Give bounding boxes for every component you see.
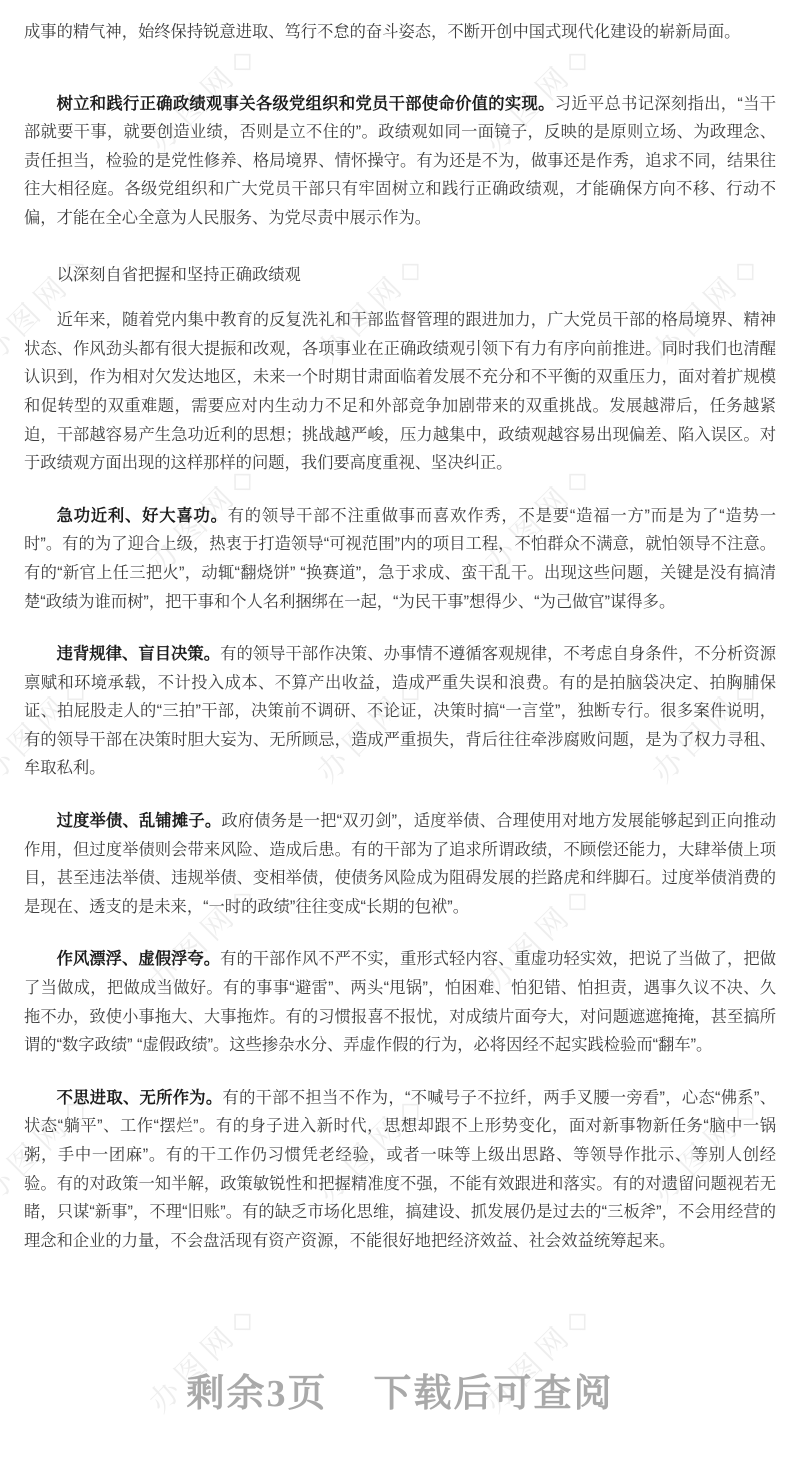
paragraph: 成事的精气神，始终保持锐意进取、笃行不怠的奋斗姿态，不断开创中国式现代化建设的崭… bbox=[24, 18, 776, 47]
paragraph-lead: 过度举债、乱铺摊子。 bbox=[57, 812, 222, 830]
document-content: 成事的精气神，始终保持锐意进取、笃行不怠的奋斗姿态，不断开创中国式现代化建设的崭… bbox=[0, 0, 800, 1255]
section-heading: 以深刻自省把握和坚持正确政绩观 bbox=[24, 261, 776, 290]
paragraph-lead: 作风漂浮、虚假浮夸。 bbox=[57, 950, 221, 968]
pagination-notice: 剩余3页 下载后可查阅 bbox=[0, 1362, 800, 1417]
paragraph-lead: 违背规律、盲目决策。 bbox=[57, 645, 221, 663]
pages-remaining-label: 剩余3页 bbox=[186, 1362, 327, 1417]
paragraph: 过度举债、乱铺摊子。政府债务是一把“双刃剑”，适度举债、合理使用对地方发展能够起… bbox=[24, 807, 776, 921]
paragraph: 树立和践行正确政绩观事关各级党组织和党员干部使命价值的实现。习近平总书记深刻指出… bbox=[24, 90, 776, 233]
paragraph: 急功近利、好大喜功。有的领导干部不注重做事而喜欢作秀，不是要“造福一方”而是为了… bbox=[24, 502, 776, 616]
paragraph: 违背规律、盲目决策。有的领导干部作决策、办事情不遵循客观规律，不考虑自身条件，不… bbox=[24, 640, 776, 783]
paragraph-lead: 急功近利、好大喜功。 bbox=[57, 507, 228, 525]
download-hint-label: 下载后可查阅 bbox=[374, 1362, 614, 1417]
paragraph: 不思进取、无所作为。有的干部不担当不作为，“不喊号子不拉纤，两手叉腰一旁看”，心… bbox=[24, 1084, 776, 1256]
paragraph-lead: 不思进取、无所作为。 bbox=[57, 1089, 223, 1107]
paragraph: 近年来，随着党内集中教育的反复洗礼和干部监督管理的跟进加力，广大党员干部的格局境… bbox=[24, 306, 776, 478]
paragraph-lead: 树立和践行正确政绩观事关各级党组织和党员干部使命价值的实现。 bbox=[57, 95, 555, 113]
paragraph: 作风漂浮、虚假浮夸。有的干部作风不严不实，重形式轻内容、重虚功轻实效，把说了当做… bbox=[24, 945, 776, 1059]
document-page: 办图网◇办图网◇办图网◇办图网◇办图网◇办图网◇办图网◇办图网◇办图网◇办图网◇… bbox=[0, 0, 800, 1470]
